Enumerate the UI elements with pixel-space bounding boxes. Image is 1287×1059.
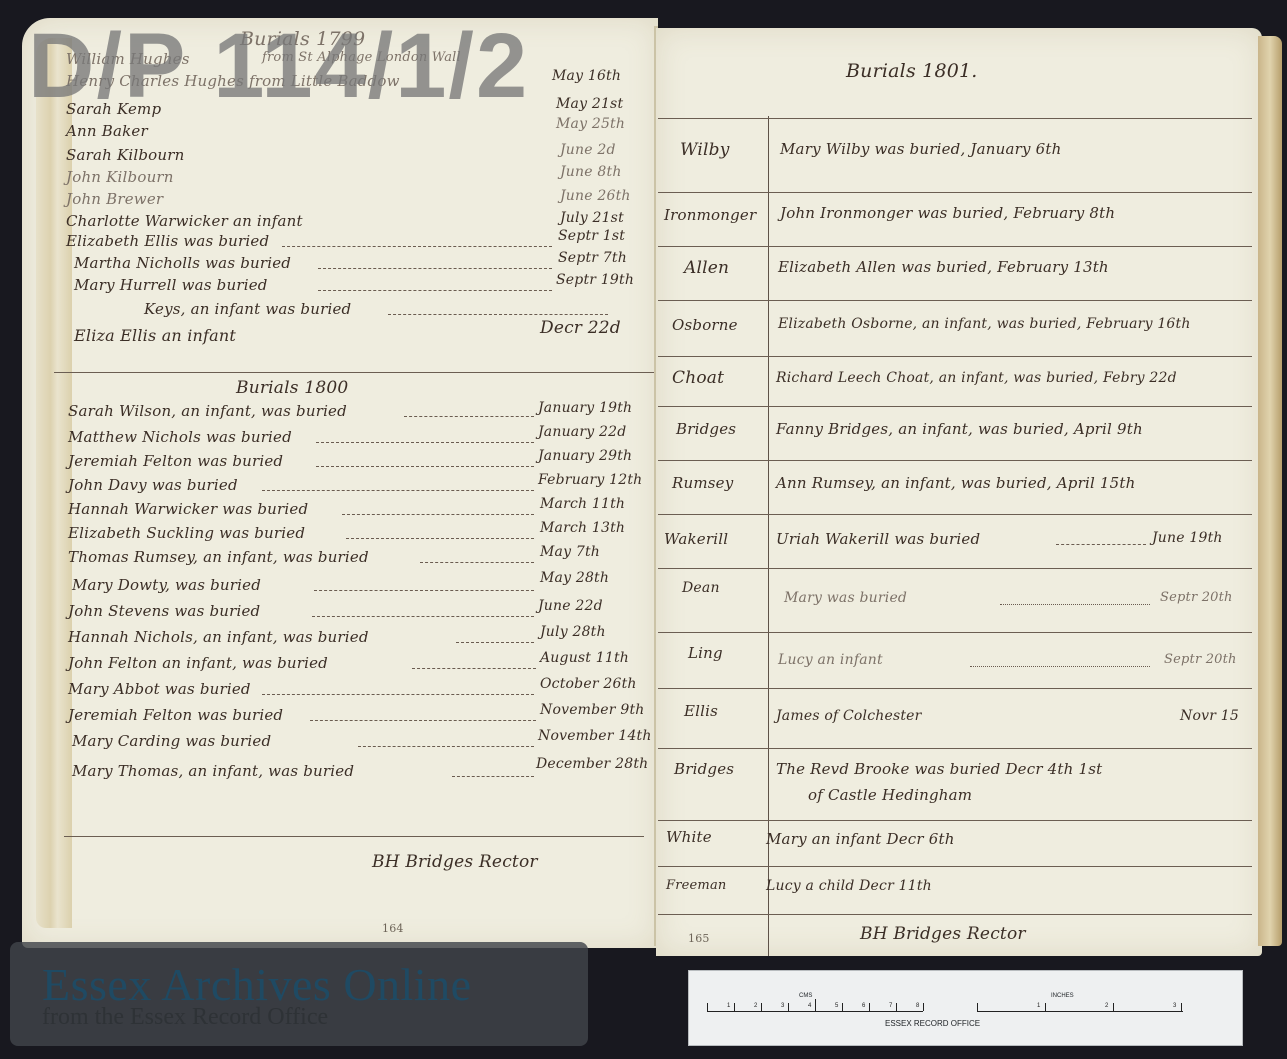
- page-number-right: 165: [688, 932, 710, 945]
- entry-1799-8: Elizabeth Ellis was buried: [66, 232, 269, 250]
- section-divider: [64, 836, 644, 837]
- record-10: James of Colchester: [776, 708, 922, 724]
- surname-5: Bridges: [676, 420, 736, 438]
- cm-tick: [896, 1003, 897, 1011]
- row-divider: [658, 192, 1252, 193]
- leader-dashes: [456, 642, 534, 643]
- date-10: Novr 15: [1180, 708, 1239, 724]
- cm-tick-label: 7: [889, 1003, 892, 1009]
- leader-dashes: [282, 246, 552, 247]
- leader-dashes: [312, 616, 534, 617]
- cm-tick-label: 1: [727, 1003, 730, 1009]
- inch-tick: [1181, 1003, 1182, 1011]
- date-1799-7: July 21st: [560, 210, 624, 226]
- cm-tick: [923, 1003, 924, 1011]
- entry-1799-6: John Brewer: [66, 190, 163, 208]
- date-1799-8: Septr 1st: [558, 228, 625, 244]
- date-1799-5: June 8th: [560, 164, 622, 180]
- row-divider: [658, 820, 1252, 821]
- reference-watermark: D/P 114/1/2: [28, 20, 529, 112]
- date-1799-10: Septr 19th: [556, 272, 634, 288]
- entry-1800-12: Jeremiah Felton was buried: [68, 706, 283, 724]
- inch-tick-label: 3: [1173, 1003, 1176, 1009]
- leader-dashes: [342, 514, 534, 515]
- date-1799-4: June 2d: [560, 142, 616, 158]
- entry-1800-2: Jeremiah Felton was buried: [68, 452, 283, 470]
- record-13: Lucy a child Decr 11th: [766, 878, 932, 894]
- date-9: Septr 20th: [1164, 652, 1237, 667]
- page-number-left: 164: [382, 922, 404, 935]
- leader-dots: [1000, 604, 1150, 605]
- archive-logo-subtitle: from the Essex Record Office: [42, 1004, 328, 1031]
- cm-tick: [842, 1003, 843, 1011]
- date-1799-1: May 16th: [552, 68, 621, 84]
- inch-tick-label: 1: [1037, 1003, 1040, 1009]
- ruler-cms-label: CMS: [799, 993, 812, 999]
- row-divider: [658, 914, 1252, 915]
- cm-tick: [707, 1003, 708, 1011]
- cm-tick: [761, 1003, 762, 1011]
- record-0: Mary Wilby was buried, January 6th: [780, 140, 1061, 158]
- entry-1799-5: John Kilbourn: [66, 168, 174, 186]
- entry-1800-14: Mary Thomas, an infant, was buried: [72, 762, 354, 780]
- row-divider: [658, 460, 1252, 461]
- row-divider: [658, 118, 1252, 119]
- leader-dashes: [316, 466, 534, 467]
- record-7: Uriah Wakerill was buried: [776, 530, 980, 548]
- date-1800-1: January 22d: [538, 424, 626, 440]
- row-divider: [658, 356, 1252, 357]
- surname-2: Allen: [684, 258, 729, 278]
- record-8: Mary was buried: [784, 590, 907, 606]
- record-9: Lucy an infant: [778, 652, 883, 668]
- date-1799-2: May 21st: [556, 96, 623, 112]
- entry-1800-8: John Stevens was buried: [68, 602, 260, 620]
- entry-1800-5: Elizabeth Suckling was buried: [68, 524, 305, 542]
- inch-scale-line: [977, 1011, 1183, 1012]
- entry-1800-6: Thomas Rumsey, an infant, was buried: [68, 548, 369, 566]
- date-1800-3: February 12th: [538, 472, 642, 488]
- date-1800-8: June 22d: [538, 598, 603, 614]
- record-2: Elizabeth Allen was buried, February 13t…: [778, 258, 1109, 276]
- cm-tick: [734, 1003, 735, 1011]
- entry-1800-1: Matthew Nichols was buried: [68, 428, 292, 446]
- cm-tick-label: 8: [916, 1003, 919, 1009]
- leader-dashes: [404, 416, 534, 417]
- surname-7: Wakerill: [664, 530, 728, 548]
- entry-1800-11: Mary Abbot was buried: [68, 680, 251, 698]
- entry-1800-13: Mary Carding was buried: [72, 732, 271, 750]
- date-1800-14: December 28th: [536, 756, 648, 772]
- leader-dots: [970, 666, 1150, 667]
- entry-1799-11: Keys, an infant was buried: [144, 300, 351, 318]
- date-1800-10: August 11th: [540, 650, 629, 666]
- record-3: Elizabeth Osborne, an infant, was buried…: [778, 316, 1191, 332]
- record-6: Ann Rumsey, an infant, was buried, April…: [776, 474, 1135, 492]
- surname-12: White: [666, 828, 712, 846]
- leader-dashes: [346, 538, 534, 539]
- date-1799-12: Decr 22d: [540, 318, 621, 338]
- date-1800-6: May 7th: [540, 544, 600, 560]
- date-1800-0: January 19th: [538, 400, 632, 416]
- document-scan: Burials 1799 William Hughes from St Alph…: [0, 0, 1287, 1059]
- surname-11: Bridges: [674, 760, 734, 778]
- date-1800-9: July 28th: [540, 624, 606, 640]
- entry-1799-4: Sarah Kilbourn: [66, 146, 185, 164]
- record-11-line2: of Castle Hedingham: [808, 786, 972, 804]
- date-1800-5: March 13th: [540, 520, 625, 536]
- cm-tick-label: 2: [754, 1003, 757, 1009]
- surname-13: Freeman: [666, 878, 726, 893]
- ruler-inches-label: INCHES: [1051, 993, 1074, 999]
- date-1800-11: October 26th: [540, 676, 637, 692]
- right-page: [656, 28, 1262, 956]
- record-1: John Ironmonger was buried, February 8th: [780, 204, 1115, 222]
- date-1799-3: May 25th: [556, 116, 625, 132]
- section-divider: [54, 372, 654, 373]
- date-1800-2: January 29th: [538, 448, 632, 464]
- cm-tick: [815, 999, 816, 1011]
- inch-tick: [977, 1003, 978, 1011]
- row-divider: [658, 632, 1252, 633]
- entry-1799-7: Charlotte Warwicker an infant: [66, 212, 303, 230]
- scale-ruler: CMS 1 2 3 4 5 6 7 8 INCHES 1 2 3 ESSEX R…: [688, 970, 1243, 1046]
- inch-tick-label: 2: [1105, 1003, 1108, 1009]
- record-11: The Revd Brooke was buried Decr 4th 1st: [776, 760, 1102, 778]
- signature-left: BH Bridges Rector: [372, 852, 538, 872]
- leader-dashes: [412, 668, 536, 669]
- inch-tick: [1045, 1003, 1046, 1011]
- inch-tick: [1113, 1003, 1114, 1011]
- entry-1799-12: Eliza Ellis an infant: [74, 326, 236, 345]
- record-4: Richard Leech Choat, an infant, was buri…: [776, 370, 1177, 386]
- row-divider: [658, 866, 1252, 867]
- entry-1800-10: John Felton an infant, was buried: [68, 654, 328, 672]
- leader-dashes: [316, 442, 534, 443]
- cm-scale-line: [707, 1011, 923, 1012]
- entry-1800-0: Sarah Wilson, an infant, was buried: [68, 402, 347, 420]
- leader-dashes: [420, 562, 534, 563]
- date-1800-4: March 11th: [540, 496, 625, 512]
- surname-8: Dean: [682, 580, 720, 596]
- surname-6: Rumsey: [672, 474, 733, 492]
- surname-4: Choat: [672, 368, 724, 388]
- date-1799-9: Septr 7th: [558, 250, 627, 266]
- surname-1: Ironmonger: [664, 206, 756, 224]
- surname-3: Osborne: [672, 316, 738, 334]
- leader-dashes: [452, 776, 534, 777]
- date-1799-6: June 26th: [560, 188, 631, 204]
- leader-dashes: [1056, 544, 1146, 545]
- cm-tick-label: 6: [862, 1003, 865, 1009]
- date-7: June 19th: [1152, 530, 1223, 546]
- leader-dashes: [262, 694, 534, 695]
- leader-dashes: [318, 290, 552, 291]
- heading-burials-1801: Burials 1801.: [846, 60, 978, 82]
- cm-tick: [869, 1003, 870, 1011]
- row-divider: [658, 748, 1252, 749]
- leader-dashes: [314, 590, 534, 591]
- cm-tick-label: 3: [781, 1003, 784, 1009]
- leader-dashes: [318, 268, 552, 269]
- record-12: Mary an infant Decr 6th: [766, 830, 955, 848]
- leader-dashes: [310, 720, 536, 721]
- entry-1800-9: Hannah Nichols, an infant, was buried: [68, 628, 369, 646]
- date-1800-12: November 9th: [540, 702, 645, 718]
- ruler-caption: ESSEX RECORD OFFICE: [885, 1019, 980, 1028]
- cm-tick-label: 5: [835, 1003, 838, 1009]
- date-1800-7: May 28th: [540, 570, 609, 586]
- row-divider: [658, 688, 1252, 689]
- row-divider: [658, 300, 1252, 301]
- entry-1800-7: Mary Dowty, was buried: [72, 576, 261, 594]
- cm-tick: [788, 1003, 789, 1011]
- entry-1799-3: Ann Baker: [66, 122, 148, 140]
- surname-0: Wilby: [680, 140, 730, 160]
- row-divider: [658, 246, 1252, 247]
- record-5: Fanny Bridges, an infant, was buried, Ap…: [776, 420, 1143, 438]
- leader-dashes: [388, 314, 608, 315]
- surname-10: Ellis: [684, 702, 718, 720]
- surname-9: Ling: [688, 644, 723, 662]
- signature-right: BH Bridges Rector: [860, 924, 1026, 944]
- entry-1800-4: Hannah Warwicker was buried: [68, 500, 308, 518]
- heading-burials-1800: Burials 1800: [236, 378, 348, 398]
- cm-tick-label: 4: [808, 1003, 811, 1009]
- date-8: Septr 20th: [1160, 590, 1233, 605]
- row-divider: [658, 406, 1252, 407]
- entry-1799-10: Mary Hurrell was buried: [74, 276, 268, 294]
- entry-1799-9: Martha Nicholls was buried: [74, 254, 291, 272]
- leader-dashes: [262, 490, 534, 491]
- row-divider: [658, 514, 1252, 515]
- row-divider: [658, 568, 1252, 569]
- leader-dashes: [358, 746, 534, 747]
- entry-1800-3: John Davy was buried: [68, 476, 238, 494]
- date-1800-13: November 14th: [538, 728, 652, 744]
